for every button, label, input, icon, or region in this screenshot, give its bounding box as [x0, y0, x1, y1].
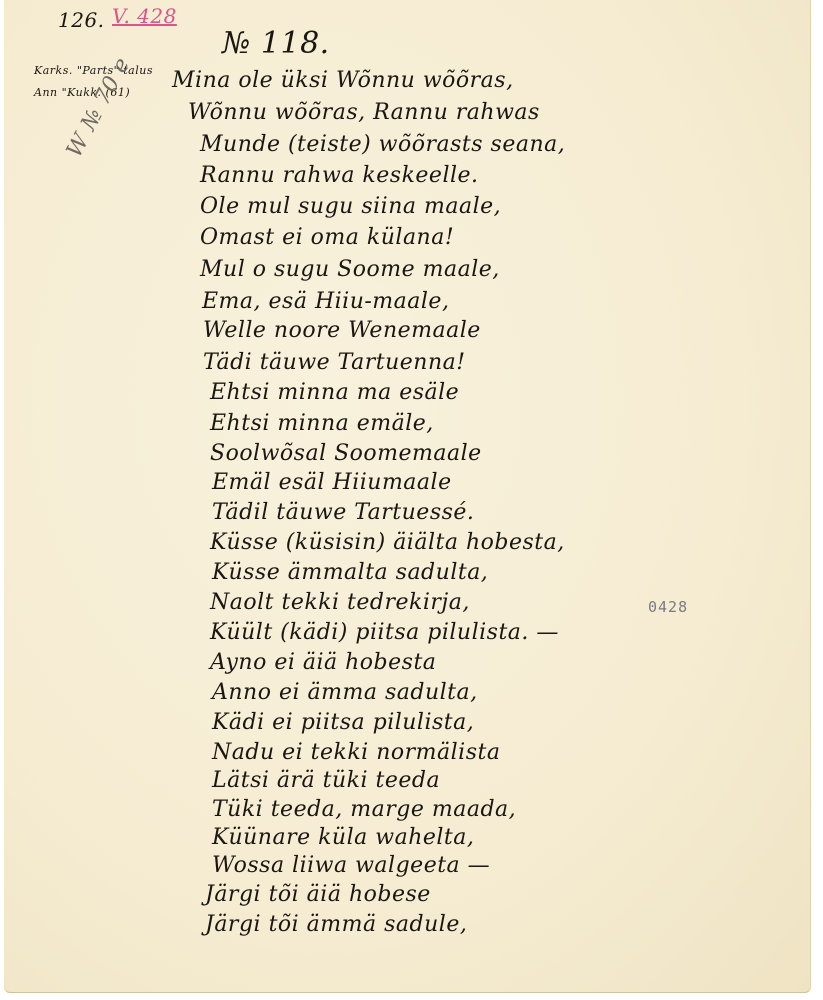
poem-line: Mul o sugu Soome maale, — [200, 257, 500, 282]
poem-line: Wossa liiwa walgeeta — — [212, 853, 490, 878]
poem-line: Järgi tõi ämmä sadule, — [205, 912, 467, 937]
poem-line: Kädi ei piitsa pilulista, — [212, 710, 474, 735]
poem-line: Welle noore Wenemaale — [203, 318, 481, 343]
poem-line: Tädi täuwe Tartuenna! — [203, 350, 466, 375]
poem-line: Naolt tekki tedrekirja, — [210, 590, 470, 615]
poem-line: Mina ole üksi Wõnnu wõõras, — [172, 68, 514, 93]
archive-stamp-number: 0428 — [648, 598, 688, 616]
poem-line: Küsse (küsisin) äiälta hobesta, — [210, 530, 565, 555]
poem-line: Tädil täuwe Tartuessé. — [212, 500, 474, 525]
page-reference: 126. — [58, 8, 105, 32]
poem-line: Lätsi ärä tüki teeda — [212, 768, 440, 793]
poem-line: Emäl esäl Hiiumaale — [212, 470, 452, 495]
poem-line: Ehtsi minna ma esäle — [210, 380, 459, 405]
archive-reference: V. 428 — [112, 4, 177, 28]
poem-line: Rannu rahwa keskeelle. — [200, 163, 479, 188]
margin-note-line-1: Karks. "Parts" talus — [34, 64, 153, 77]
poem-line: Küsse ämmalta sadulta, — [212, 560, 488, 585]
poem-line: Järgi tõi äiä hobese — [205, 882, 431, 907]
poem-line: Nadu ei tekki normälista — [212, 740, 500, 765]
poem-line: Küünare küla wahelta, — [212, 825, 474, 850]
poem-line: Küült (kädi) piitsa pilulista. — — [210, 620, 559, 645]
poem-line: Ayno ei äiä hobesta — [210, 650, 436, 675]
poem-line: Soolwõsal Soomemaale — [210, 441, 482, 466]
poem-line: Omast ei oma külana! — [200, 225, 454, 250]
poem-line: Tüki teeda, marge maada, — [212, 797, 516, 822]
poem-line: Anno ei ämma sadulta, — [212, 680, 478, 705]
poem-line: Ole mul sugu siina maale, — [200, 194, 501, 219]
poem-line: Ema, esä Hiiu-maale, — [202, 289, 449, 314]
poem-line: Ehtsi minna emäle, — [210, 411, 434, 436]
song-number-title: № 118. — [222, 26, 330, 61]
poem-line: Munde (teiste) wõõrasts seana, — [200, 132, 565, 157]
poem-line: Wõnnu wõõras, Rannu rahwas — [188, 100, 540, 125]
